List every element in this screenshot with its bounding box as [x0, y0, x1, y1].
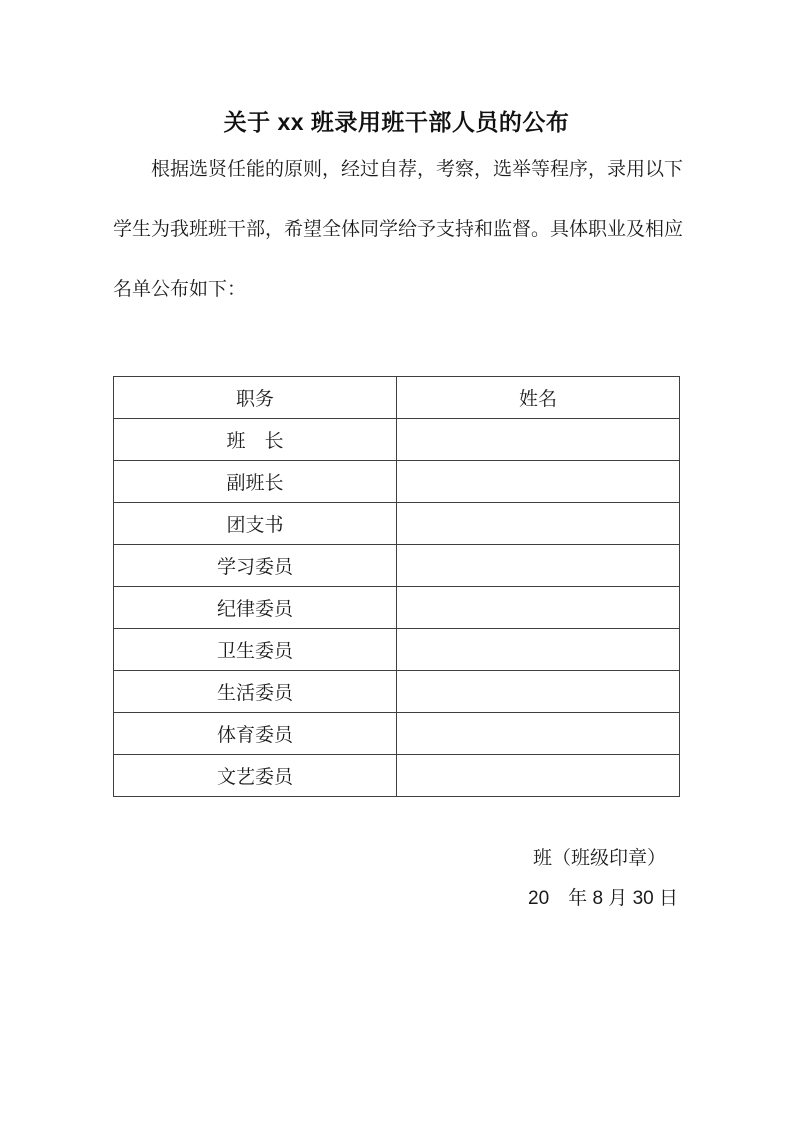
position-cell: 团支书 — [114, 503, 397, 545]
table-row: 生活委员 — [114, 671, 680, 713]
position-cell: 体育委员 — [114, 713, 397, 755]
name-cell — [397, 713, 680, 755]
position-cell: 纪律委员 — [114, 587, 397, 629]
document-page: 关于 xx 班录用班干部人员的公布 根据选贤任能的原则，经过自荐，考察，选举等程… — [0, 0, 793, 1122]
table-row: 卫生委员 — [114, 629, 680, 671]
name-cell — [397, 671, 680, 713]
paragraph-line-3: 名单公布如下： — [113, 260, 680, 320]
name-cell — [397, 503, 680, 545]
table-row: 文艺委员 — [114, 755, 680, 797]
name-cell — [397, 755, 680, 797]
position-cell: 学习委员 — [114, 545, 397, 587]
cadre-roster-table: 职务 姓名 班 长 副班长 团支书 学习委员 纪律委员 — [113, 376, 680, 797]
position-cell: 生活委员 — [114, 671, 397, 713]
table-row: 团支书 — [114, 503, 680, 545]
name-cell — [397, 461, 680, 503]
position-cell: 卫生委员 — [114, 629, 397, 671]
name-cell — [397, 629, 680, 671]
table-row: 体育委员 — [114, 713, 680, 755]
intro-paragraph: 根据选贤任能的原则，经过自荐，考察，选举等程序，录用以下 学生为我班班干部，希望… — [113, 140, 680, 320]
name-cell — [397, 419, 680, 461]
paragraph-line-2: 学生为我班班干部，希望全体同学给予支持和监督。具体职业及相应 — [113, 200, 680, 260]
table-row: 班 长 — [114, 419, 680, 461]
name-cell — [397, 587, 680, 629]
table-row: 纪律委员 — [114, 587, 680, 629]
table-header-row: 职务 姓名 — [114, 377, 680, 419]
header-name: 姓名 — [397, 377, 680, 419]
document-title: 关于 xx 班录用班干部人员的公布 — [113, 0, 680, 140]
header-position: 职务 — [114, 377, 397, 419]
position-cell: 副班长 — [114, 461, 397, 503]
date-line: 20 年 8 月 30 日 — [113, 879, 680, 919]
position-cell: 班 长 — [114, 419, 397, 461]
document-footer: 班（班级印章） 20 年 8 月 30 日 — [113, 839, 680, 919]
table-row: 副班长 — [114, 461, 680, 503]
name-cell — [397, 545, 680, 587]
position-cell: 文艺委员 — [114, 755, 397, 797]
signature-line: 班（班级印章） — [113, 839, 680, 879]
table-row: 学习委员 — [114, 545, 680, 587]
paragraph-line-1: 根据选贤任能的原则，经过自荐，考察，选举等程序，录用以下 — [113, 140, 680, 200]
